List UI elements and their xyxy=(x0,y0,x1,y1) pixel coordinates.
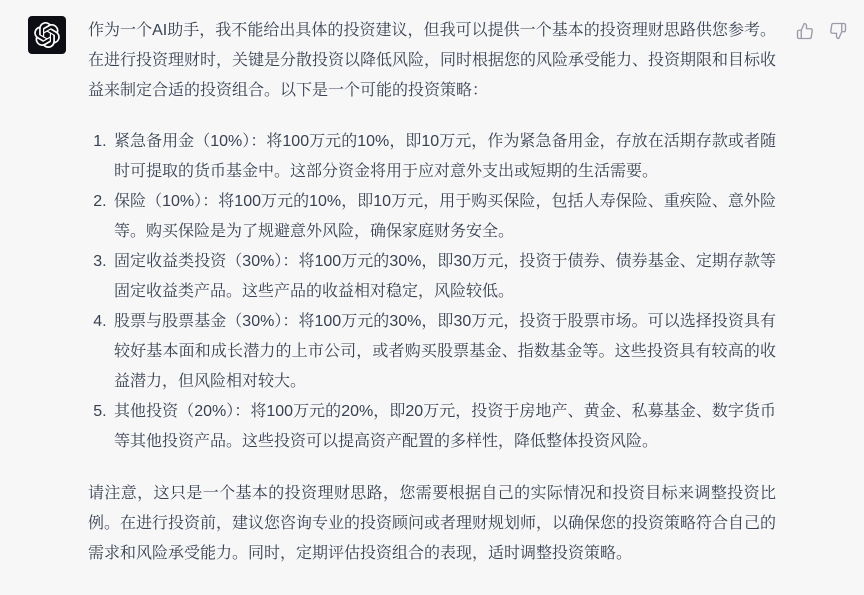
investment-list-item: 固定收益类投资（30%）：将100万元的30%，即30万元，投资于债券、债券基金… xyxy=(111,247,776,307)
assistant-message-row: 作为一个AI助手，我不能给出具体的投资建议，但我可以提供一个基本的投资理财思路供… xyxy=(0,0,864,569)
openai-logo-icon xyxy=(34,22,60,48)
message-content: 作为一个AI助手，我不能给出具体的投资建议，但我可以提供一个基本的投资理财思路供… xyxy=(88,16,776,569)
message-actions xyxy=(795,16,848,41)
thumbs-down-icon xyxy=(829,22,847,40)
outro-paragraph: 请注意，这只是一个基本的投资理财思路，您需要根据自己的实际情况和投资目标来调整投… xyxy=(88,479,776,569)
thumbs-down-button[interactable] xyxy=(828,21,848,41)
thumbs-up-button[interactable] xyxy=(795,21,815,41)
intro-paragraph: 作为一个AI助手，我不能给出具体的投资建议，但我可以提供一个基本的投资理财思路供… xyxy=(88,16,776,106)
assistant-avatar xyxy=(28,16,66,54)
investment-list-item: 其他投资（20%）：将100万元的20%，即20万元，投资于房地产、黄金、私募基… xyxy=(111,397,776,457)
investment-list-item: 股票与股票基金（30%）：将100万元的30%，即30万元，投资于股票市场。可以… xyxy=(111,307,776,397)
investment-list-item: 紧急备用金（10%）：将100万元的10%，即10万元，作为紧急备用金，存放在活… xyxy=(111,127,776,187)
investment-list-item: 保险（10%）：将100万元的10%，即10万元，用于购买保险，包括人寿保险、重… xyxy=(111,187,776,247)
investment-strategy-list: 紧急备用金（10%）：将100万元的10%，即10万元，作为紧急备用金，存放在活… xyxy=(88,127,776,457)
thumbs-up-icon xyxy=(796,22,814,40)
